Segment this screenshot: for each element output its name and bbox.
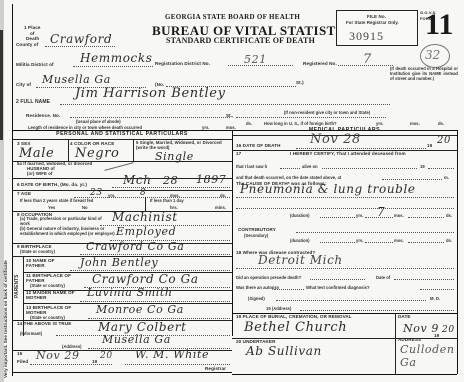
file-number-box: FILE No. For State Registrar Only. 30915 xyxy=(336,10,418,46)
burial-place-value: Bethel Church xyxy=(244,320,347,335)
dob-day: 28 xyxy=(163,174,178,187)
certificate-title: STANDARD CERTIFICATE OF DEATH xyxy=(166,36,315,45)
place-label: 1 Place of Death County of xyxy=(16,25,41,47)
age-label: 7 AGE xyxy=(17,191,31,196)
mother-birthplace-label: 13 BIRTHPLACE OF MOTHER xyxy=(26,305,81,315)
dob-year: 1897 xyxy=(196,173,226,186)
registered-label: Registered No. xyxy=(303,61,337,66)
death-year: 20 xyxy=(437,135,451,146)
circled-number: 32 xyxy=(425,48,440,62)
spouse-label: 5a If married, widowed, or divorced HUSB… xyxy=(17,161,92,176)
sex-value: Male xyxy=(19,146,54,161)
cause-value: Pneumonia & lung trouble xyxy=(240,182,416,196)
registrar-label: Registrar xyxy=(205,366,226,371)
city-value: Musella Ga xyxy=(42,73,111,86)
father-name-value: John Bentley xyxy=(80,256,158,269)
burial-address-label: ADDRESS xyxy=(398,337,421,342)
city-label: City of xyxy=(16,82,31,87)
registrar-name: W. M. White xyxy=(135,348,209,361)
burial-year: 20 xyxy=(442,325,455,335)
undertaker-value: Ab Sullivan xyxy=(246,344,322,358)
burial-place-label: 19 PLACE OF BURIAL, CREMATION, OR REMOVA… xyxy=(236,314,352,319)
death-certificate: GEORGIA STATE BOARD OF HEALTH BUREAU OF … xyxy=(0,0,464,382)
binding-mark xyxy=(0,30,3,140)
registration-district-label: Registration District No. xyxy=(155,61,210,66)
date-of-death-label: 16 DATE OF DEATH xyxy=(236,143,281,148)
occupation-value: Machinist xyxy=(112,210,178,224)
contracted-value: Detroit Mich xyxy=(258,253,343,267)
form-number: 11 xyxy=(425,10,453,40)
father-birthplace-label: 11 BIRTHPLACE OF FATHER xyxy=(26,273,76,283)
residence-label: Residence. No. xyxy=(26,113,60,118)
county-value: Crawford xyxy=(50,32,112,46)
date-of-death-value: Nov 28 xyxy=(310,132,361,147)
burial-date-label: DATE xyxy=(398,314,411,319)
dob-month: Mch xyxy=(123,173,152,187)
blank-dash xyxy=(104,162,133,171)
militia-label: Militia District of xyxy=(16,62,54,67)
filed-label: Filed xyxy=(17,359,28,364)
parents-label: PARENTS xyxy=(14,274,20,298)
birthplace-value: Crawford Co Ga xyxy=(86,240,184,253)
color-value: Negro xyxy=(75,146,119,161)
personal-section-title: PERSONAL AND STATISTICAL PARTICULARS xyxy=(12,131,232,137)
right-border xyxy=(457,130,458,374)
filed-year: 20 xyxy=(100,351,113,361)
file-number: 30915 xyxy=(349,29,384,44)
informant-value: Mary Colbert xyxy=(98,320,187,334)
registration-district-value: 521 xyxy=(244,53,267,66)
mother-birthplace-value: Monroe Co Ga xyxy=(96,303,184,316)
registered-value: 7 xyxy=(363,52,372,67)
filed-date: Nov 29 xyxy=(36,349,80,362)
dob-label: 6 DATE OF BIRTH, (Mo. da. yr.) xyxy=(17,182,87,187)
informant-section-label: 14 THE ABOVE IS TRUE xyxy=(17,321,71,326)
certify-statement: I HEREBY CERTIFY, That I attended deceas… xyxy=(290,151,406,156)
father-birthplace-value: Crawford Co Ga xyxy=(92,272,199,286)
instructions-side-note: Very important. See Instructions on back… xyxy=(3,260,8,378)
burial-address-value: Culloden Ga xyxy=(400,343,455,369)
board-title: GEORGIA STATE BOARD OF HEALTH xyxy=(165,13,300,21)
mother-name-label: 12 MAIDEN NAME OF MOTHER xyxy=(26,290,81,300)
militia-value: Hemmocks xyxy=(80,51,153,65)
center-divider xyxy=(232,130,233,336)
informant-address-value: Musella Ga xyxy=(102,333,171,346)
full-name-value: Jim Harrison Bentley xyxy=(75,86,226,101)
father-name-label: 10 NAME OF FATHER xyxy=(26,258,71,268)
employer-value: Employed xyxy=(116,225,176,238)
mother-name-value: Luvinia Smith xyxy=(87,286,173,299)
hospital-note: (If death occurred in a Hospital or Inst… xyxy=(390,67,458,81)
contributory-label: CONTRIBUTORY xyxy=(238,227,276,232)
marital-label: 5 Single, Married, Widowed, or Divorced … xyxy=(136,140,228,150)
full-name-label: 2 FULL NAME xyxy=(16,99,50,105)
